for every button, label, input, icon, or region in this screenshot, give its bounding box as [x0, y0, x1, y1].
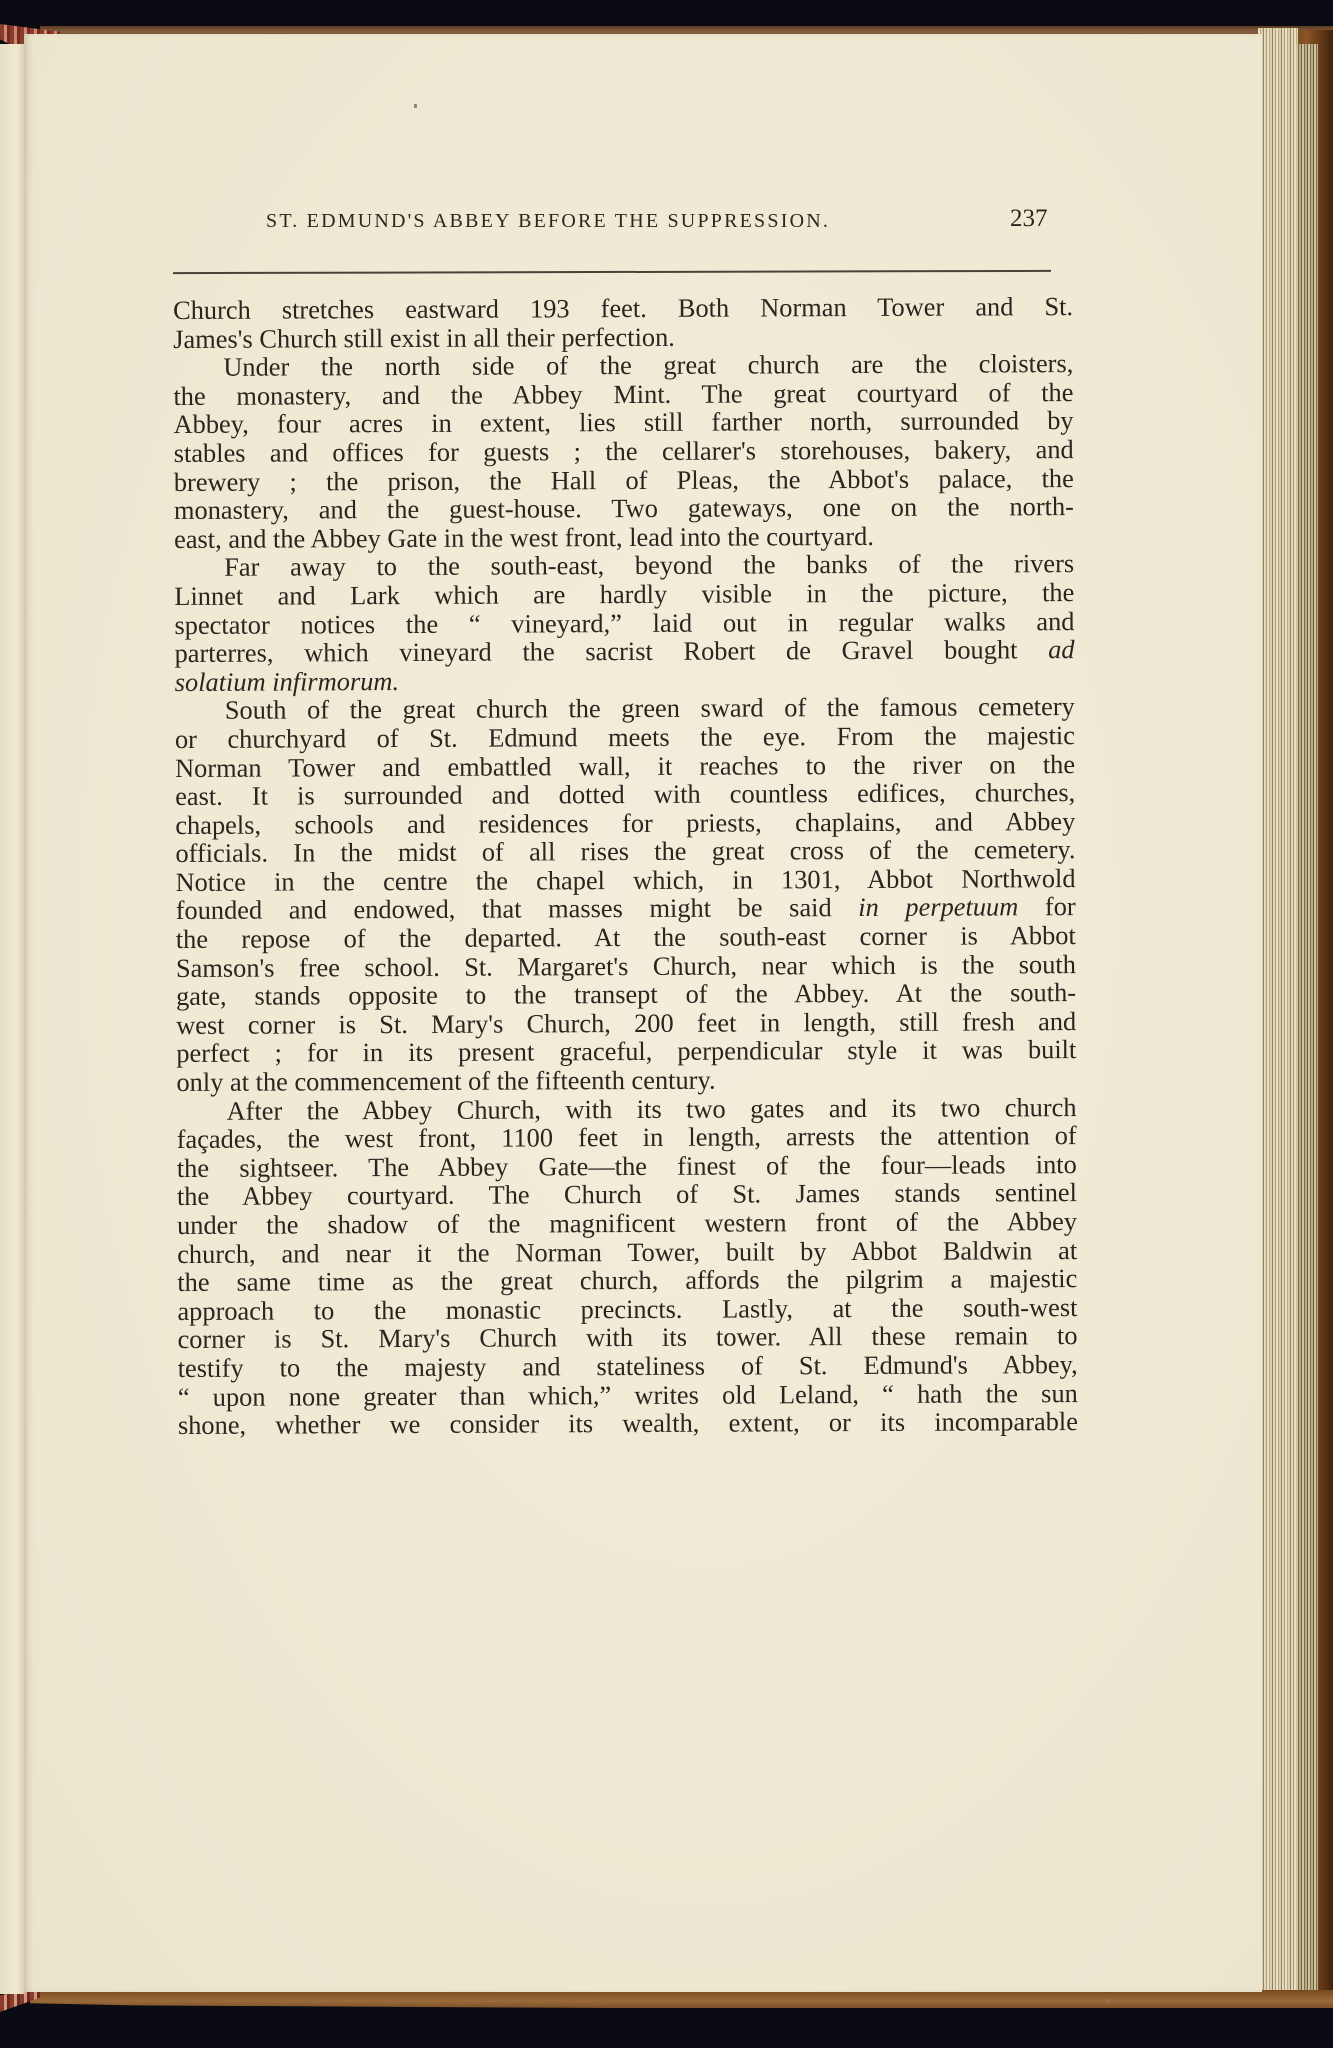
text-line: perfect ; for in its present graceful, p… — [176, 1036, 1076, 1069]
text-line-content: parterres, which vineyard the sacrist Ro… — [174, 634, 1017, 668]
text-line: shone, whether we consider its wealth, e… — [178, 1407, 1078, 1440]
text-line-content: monastery, and the guest-house. Two gate… — [174, 491, 1074, 525]
background-cloth-bottom — [0, 2008, 1333, 2048]
book-photograph: ST. EDMUND'S ABBEY BEFORE THE SUPPRESSIO… — [0, 0, 1333, 2048]
paper-speck — [414, 104, 417, 108]
page-stack-edge-outer — [1296, 44, 1318, 1999]
text-line-tail: for — [1045, 892, 1076, 922]
text-line-content: James's Church still exist in all their … — [173, 321, 675, 353]
text-line: parterres, which vineyard the sacrist Ro… — [174, 635, 1074, 668]
facing-page-edge — [0, 44, 25, 1994]
running-head-title: ST. EDMUND'S ABBEY BEFORE THE SUPPRESSIO… — [266, 210, 830, 233]
text-line-content: founded and endowed, that masses might b… — [176, 893, 832, 926]
italic-phrase: in perpetuum — [858, 892, 1018, 923]
italic-phrase: solatium infirmorum. — [175, 666, 399, 697]
text-line-content: Church stretches eastward 193 feet. Both… — [173, 291, 1073, 325]
italic-phrase: ad — [1048, 634, 1075, 664]
text-line-content: shone, whether we consider its wealth, e… — [178, 1406, 1078, 1440]
page-number: 237 — [1010, 205, 1048, 233]
text-line: Church stretches eastward 193 feet. Both… — [173, 292, 1073, 325]
text-line-content: only at the commencement of the fifteent… — [176, 1065, 715, 1097]
page-stack-edge — [1258, 28, 1298, 2008]
body-text: Church stretches eastward 193 feet. Both… — [173, 292, 1078, 1440]
paper-speck — [1106, 1999, 1109, 2003]
text-line: monastery, and the guest-house. Two gate… — [174, 492, 1074, 525]
text-line-content: perfect ; for in its present graceful, p… — [176, 1035, 1076, 1069]
